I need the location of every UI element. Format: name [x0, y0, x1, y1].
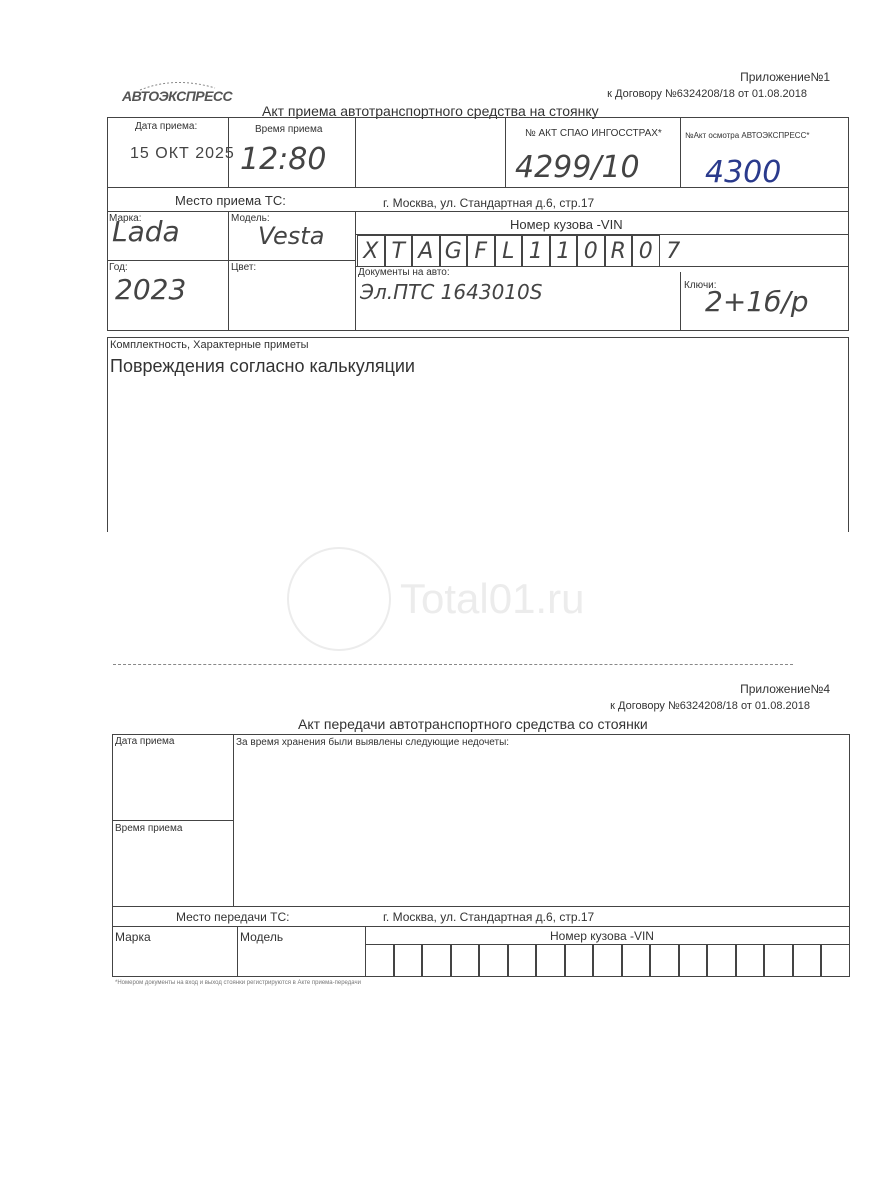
form4-vin-cells: [365, 944, 850, 977]
logo-text: АВТОЭКСПРЕСС: [122, 88, 232, 104]
vin-empty-cell: [622, 944, 651, 977]
vin-empty-cell: [650, 944, 679, 977]
vin-char-cell: 1: [550, 235, 578, 267]
place-value: г. Москва, ул. Стандартная д.6, стр.17: [383, 196, 594, 210]
form4-time-label: Время приема: [115, 823, 182, 834]
year-value: 2023: [115, 273, 186, 306]
form4-date-label: Дата приема: [115, 736, 174, 747]
vin-empty-cell: [451, 944, 480, 977]
vin-empty-cell: [536, 944, 565, 977]
vin-empty-cell: [821, 944, 850, 977]
inspection-act-value: 4300: [705, 155, 781, 190]
vin-empty-cell: [679, 944, 708, 977]
vin-char-cell: G: [440, 235, 468, 267]
vin-char-cell: 7: [660, 235, 688, 267]
date-label: Дата приема:: [135, 121, 197, 132]
vin-label: Номер кузова -VIN: [510, 217, 623, 232]
model-value: Vesta: [258, 222, 324, 250]
vin-char-cell: F: [467, 235, 495, 267]
vin-empty-cell: [479, 944, 508, 977]
vin-empty-cell: [707, 944, 736, 977]
vin-char-cell: L: [495, 235, 523, 267]
vin-empty-cell: [422, 944, 451, 977]
documents-label: Документы на авто:: [358, 267, 450, 278]
vin-empty-cell: [508, 944, 537, 977]
appendix-4-label: Приложение№4: [740, 682, 830, 696]
place-label: Место приема ТС:: [175, 193, 286, 208]
documents-value: Эл.ПТС 1643010S: [360, 280, 542, 304]
vin-empty-cell: [793, 944, 822, 977]
vin-empty-cell: [764, 944, 793, 977]
form4-title: Акт передачи автотранспортного средства …: [298, 716, 648, 732]
time-label: Время приема: [255, 124, 322, 135]
vin-char-cell: A: [412, 235, 440, 267]
cut-line: [113, 664, 793, 665]
brand-value: Lada: [112, 215, 180, 248]
vin-empty-cell: [593, 944, 622, 977]
act-number-value: 4299/10: [515, 150, 640, 185]
autoexpress-logo: АВТОЭКСПРЕСС: [120, 78, 230, 100]
vin-empty-cell: [565, 944, 594, 977]
form4-place-value: г. Москва, ул. Стандартная д.6, стр.17: [383, 910, 594, 924]
keys-value: 2+1б/р: [705, 285, 809, 318]
vin-empty-cell: [394, 944, 423, 977]
form4-place-label: Место передачи ТС:: [176, 910, 289, 924]
contract-1-label: к Договору №6324208/18 от 01.08.2018: [607, 88, 807, 100]
act-number-label: № АКТ СПАО ИНГОССТРАХ*: [525, 128, 662, 139]
form4-model-label: Модель: [240, 930, 283, 944]
vin-cells: XTAGFL110R07: [357, 235, 687, 267]
form4-brand-label: Марка: [115, 930, 151, 944]
vin-char-cell: T: [385, 235, 413, 267]
date-stamp: 15 ОКТ 2025: [130, 145, 235, 163]
vin-char-cell: 0: [577, 235, 605, 267]
completeness-value: Повреждения согласно калькуляции: [110, 356, 415, 377]
watermark-logo-icon: [287, 547, 391, 651]
completeness-label: Комплектность, Характерные приметы: [110, 339, 309, 351]
defects-label: За время хранения были выявлены следующи…: [236, 737, 509, 748]
color-label: Цвет:: [231, 262, 256, 273]
vin-char-cell: R: [605, 235, 633, 267]
year-label: Год:: [109, 262, 128, 273]
vin-char-cell: 0: [632, 235, 660, 267]
vin-empty-cell: [736, 944, 765, 977]
inspection-act-label: №Акт осмотра АВТОЭКСПРЕСС*: [685, 131, 809, 140]
vin-char-cell: 1: [522, 235, 550, 267]
vin-char-cell: X: [357, 235, 385, 267]
contract-4-label: к Договору №6324208/18 от 01.08.2018: [610, 700, 810, 712]
appendix-1-label: Приложение№1: [740, 70, 830, 84]
vin-empty-cell: [365, 944, 394, 977]
time-value: 12:80: [240, 142, 326, 177]
form4-table: [112, 734, 850, 977]
form4-vin-label: Номер кузова -VIN: [550, 929, 654, 943]
footnote: *Номером документы на вход и выход стоян…: [115, 980, 361, 986]
watermark-text: Total01.ru: [400, 575, 584, 623]
